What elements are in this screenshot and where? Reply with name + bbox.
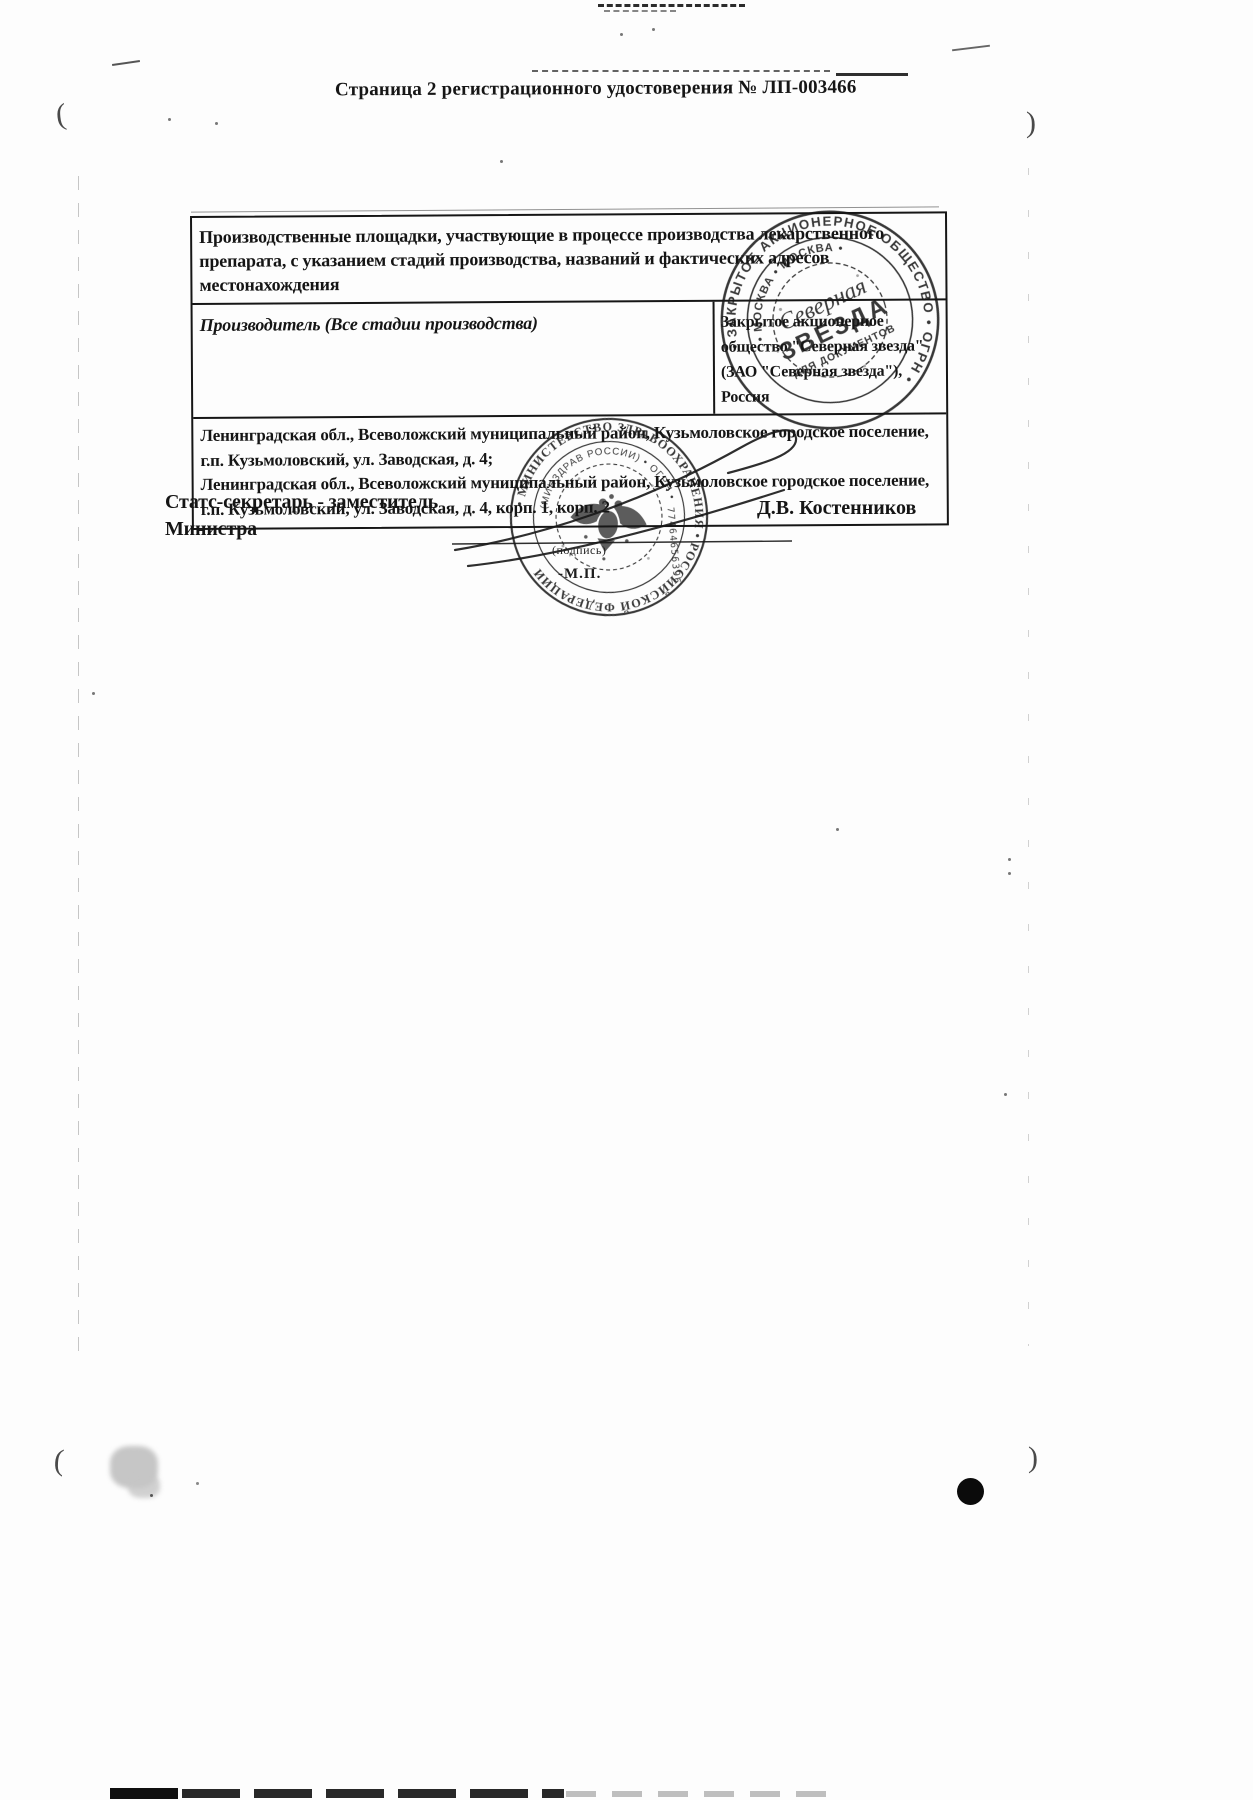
scan-speck [196,1482,199,1485]
scan-speck [1008,872,1011,875]
page-title: Страница 2 регистрационного удостоверени… [335,77,857,102]
black-dot-mark [957,1478,984,1505]
scan-artifact-top-dashes [598,4,745,7]
scan-artifact-bracket: ( [54,98,67,133]
scan-speck [500,160,503,163]
scan-smudge [110,1446,158,1488]
scan-speck [92,692,95,695]
seal-place-mark: -М.П. [558,566,601,583]
scan-artifact-title-overline-2 [836,73,908,76]
scan-speck [1008,858,1011,861]
scan-speck [150,1494,153,1497]
scan-smudge [128,1474,160,1498]
scanned-document-page: ( ) ( ) Страница 2 регистрационного удос… [0,0,1253,1800]
scan-artifact-bottom-bar [566,1791,832,1797]
signature-caption: (подпись) [552,543,606,558]
scan-artifact-right-fold-line [1028,168,1029,1346]
signatory-post: Статс-секретарь - заместитель Министра [165,489,495,543]
scan-speck [620,33,623,36]
scan-speck [836,828,839,831]
scan-artifact-left-fold-line [78,176,79,1356]
scan-speck [168,118,171,121]
scan-artifact-bracket: ) [1026,106,1036,140]
scan-artifact-title-overline [532,70,830,72]
scan-speck [215,122,218,125]
scan-artifact-bracket: ( [53,1444,65,1479]
scan-artifact-bracket: ) [1028,1441,1038,1475]
scan-artifact-top-dashes-2 [604,10,676,12]
signatory-name: Д.В. Костенников [757,497,916,520]
scan-artifact-tick [952,45,990,52]
scan-speck [652,28,655,31]
scan-artifact-tick [112,60,140,66]
signatory-post-line: Статс-секретарь - заместитель [165,489,495,516]
scan-artifact-bottom-bar [110,1788,178,1799]
scan-speck [1004,1093,1007,1096]
signatory-post-line: Министра [165,516,495,543]
scan-artifact-bottom-bar [182,1789,564,1798]
